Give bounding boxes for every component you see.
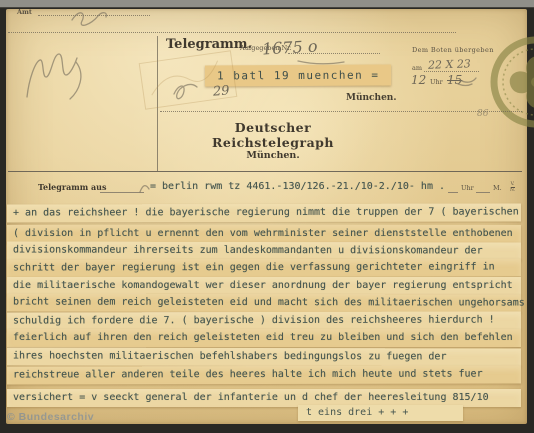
telegram-body-line: feierlich auf ihren den reich geleistete… bbox=[7, 329, 521, 347]
masthead-city: München. bbox=[178, 150, 368, 161]
vorm-nachm-fraction: V. N. bbox=[510, 182, 515, 193]
boten-label: Dem Boten übergeben bbox=[412, 46, 494, 54]
amt-dotted-line bbox=[38, 15, 150, 16]
muenchen-office-label: München. bbox=[346, 93, 396, 103]
uhr-label: Uhr bbox=[430, 78, 443, 86]
header-dotted-rule bbox=[160, 111, 522, 112]
telegram-body-line: die militaerische komandogewalt wer dies… bbox=[7, 277, 521, 295]
form-divider-line bbox=[157, 36, 158, 171]
top-dotted-rule bbox=[8, 32, 456, 33]
telegram-body-line: reichstreue aller anderen teile des heer… bbox=[7, 365, 521, 384]
handwritten-minute: 15 bbox=[447, 73, 462, 87]
telegramm-aus-label: Telegramm aus bbox=[38, 182, 106, 192]
telegram-body-line: ihres hoechsten militaerischen befehlsha… bbox=[7, 347, 521, 366]
telegram-body-line: schuldig ich fordere die 7. ( bayerische… bbox=[7, 311, 521, 330]
nachm-label: N. bbox=[510, 188, 515, 193]
handwritten-telegram-number: 1675 o bbox=[262, 37, 318, 59]
telegram-body-line: ( division in pflicht u ernennt den vom … bbox=[7, 225, 521, 243]
minute-blank-line bbox=[476, 183, 490, 193]
telegram-scan: Amt Telegramm. Aufgegeben Nr. 1675 o 1 b… bbox=[0, 0, 534, 433]
hour-blank-line bbox=[448, 183, 458, 193]
telegram-body-line: bricht seinen dem reich geleisteten eid … bbox=[7, 293, 521, 312]
telegram-body-line: + an das reichsheer ! die bayerische reg… bbox=[7, 203, 521, 222]
amt-label: Amt bbox=[17, 8, 32, 16]
handwritten-date: 22 X 23 bbox=[428, 57, 471, 71]
handwritten-note: 29 bbox=[212, 83, 230, 99]
routing-uhr-label: Uhr bbox=[461, 184, 474, 192]
telegram-body-line: schritt der bayer regierung ist ein gege… bbox=[7, 258, 521, 277]
am-label: am bbox=[412, 64, 422, 72]
handwritten-hour: 12 bbox=[411, 73, 426, 87]
masthead-rule bbox=[8, 171, 522, 172]
routing-min-label: M. bbox=[493, 184, 502, 192]
telegram-closing-line: t eins drei + + + bbox=[298, 405, 463, 421]
bundesarchiv-watermark: © Bundesarchiv bbox=[7, 411, 94, 423]
masthead-title: Deutscher Reichstelegraph bbox=[178, 120, 368, 150]
scanner-edge bbox=[0, 0, 534, 8]
origin-station-strip: 1 batl 19 muenchen = bbox=[205, 65, 391, 87]
routing-blank-line bbox=[100, 183, 144, 193]
routing-line: = berlin rwm tz 4461.-130/126.-21./10-2.… bbox=[150, 181, 445, 192]
